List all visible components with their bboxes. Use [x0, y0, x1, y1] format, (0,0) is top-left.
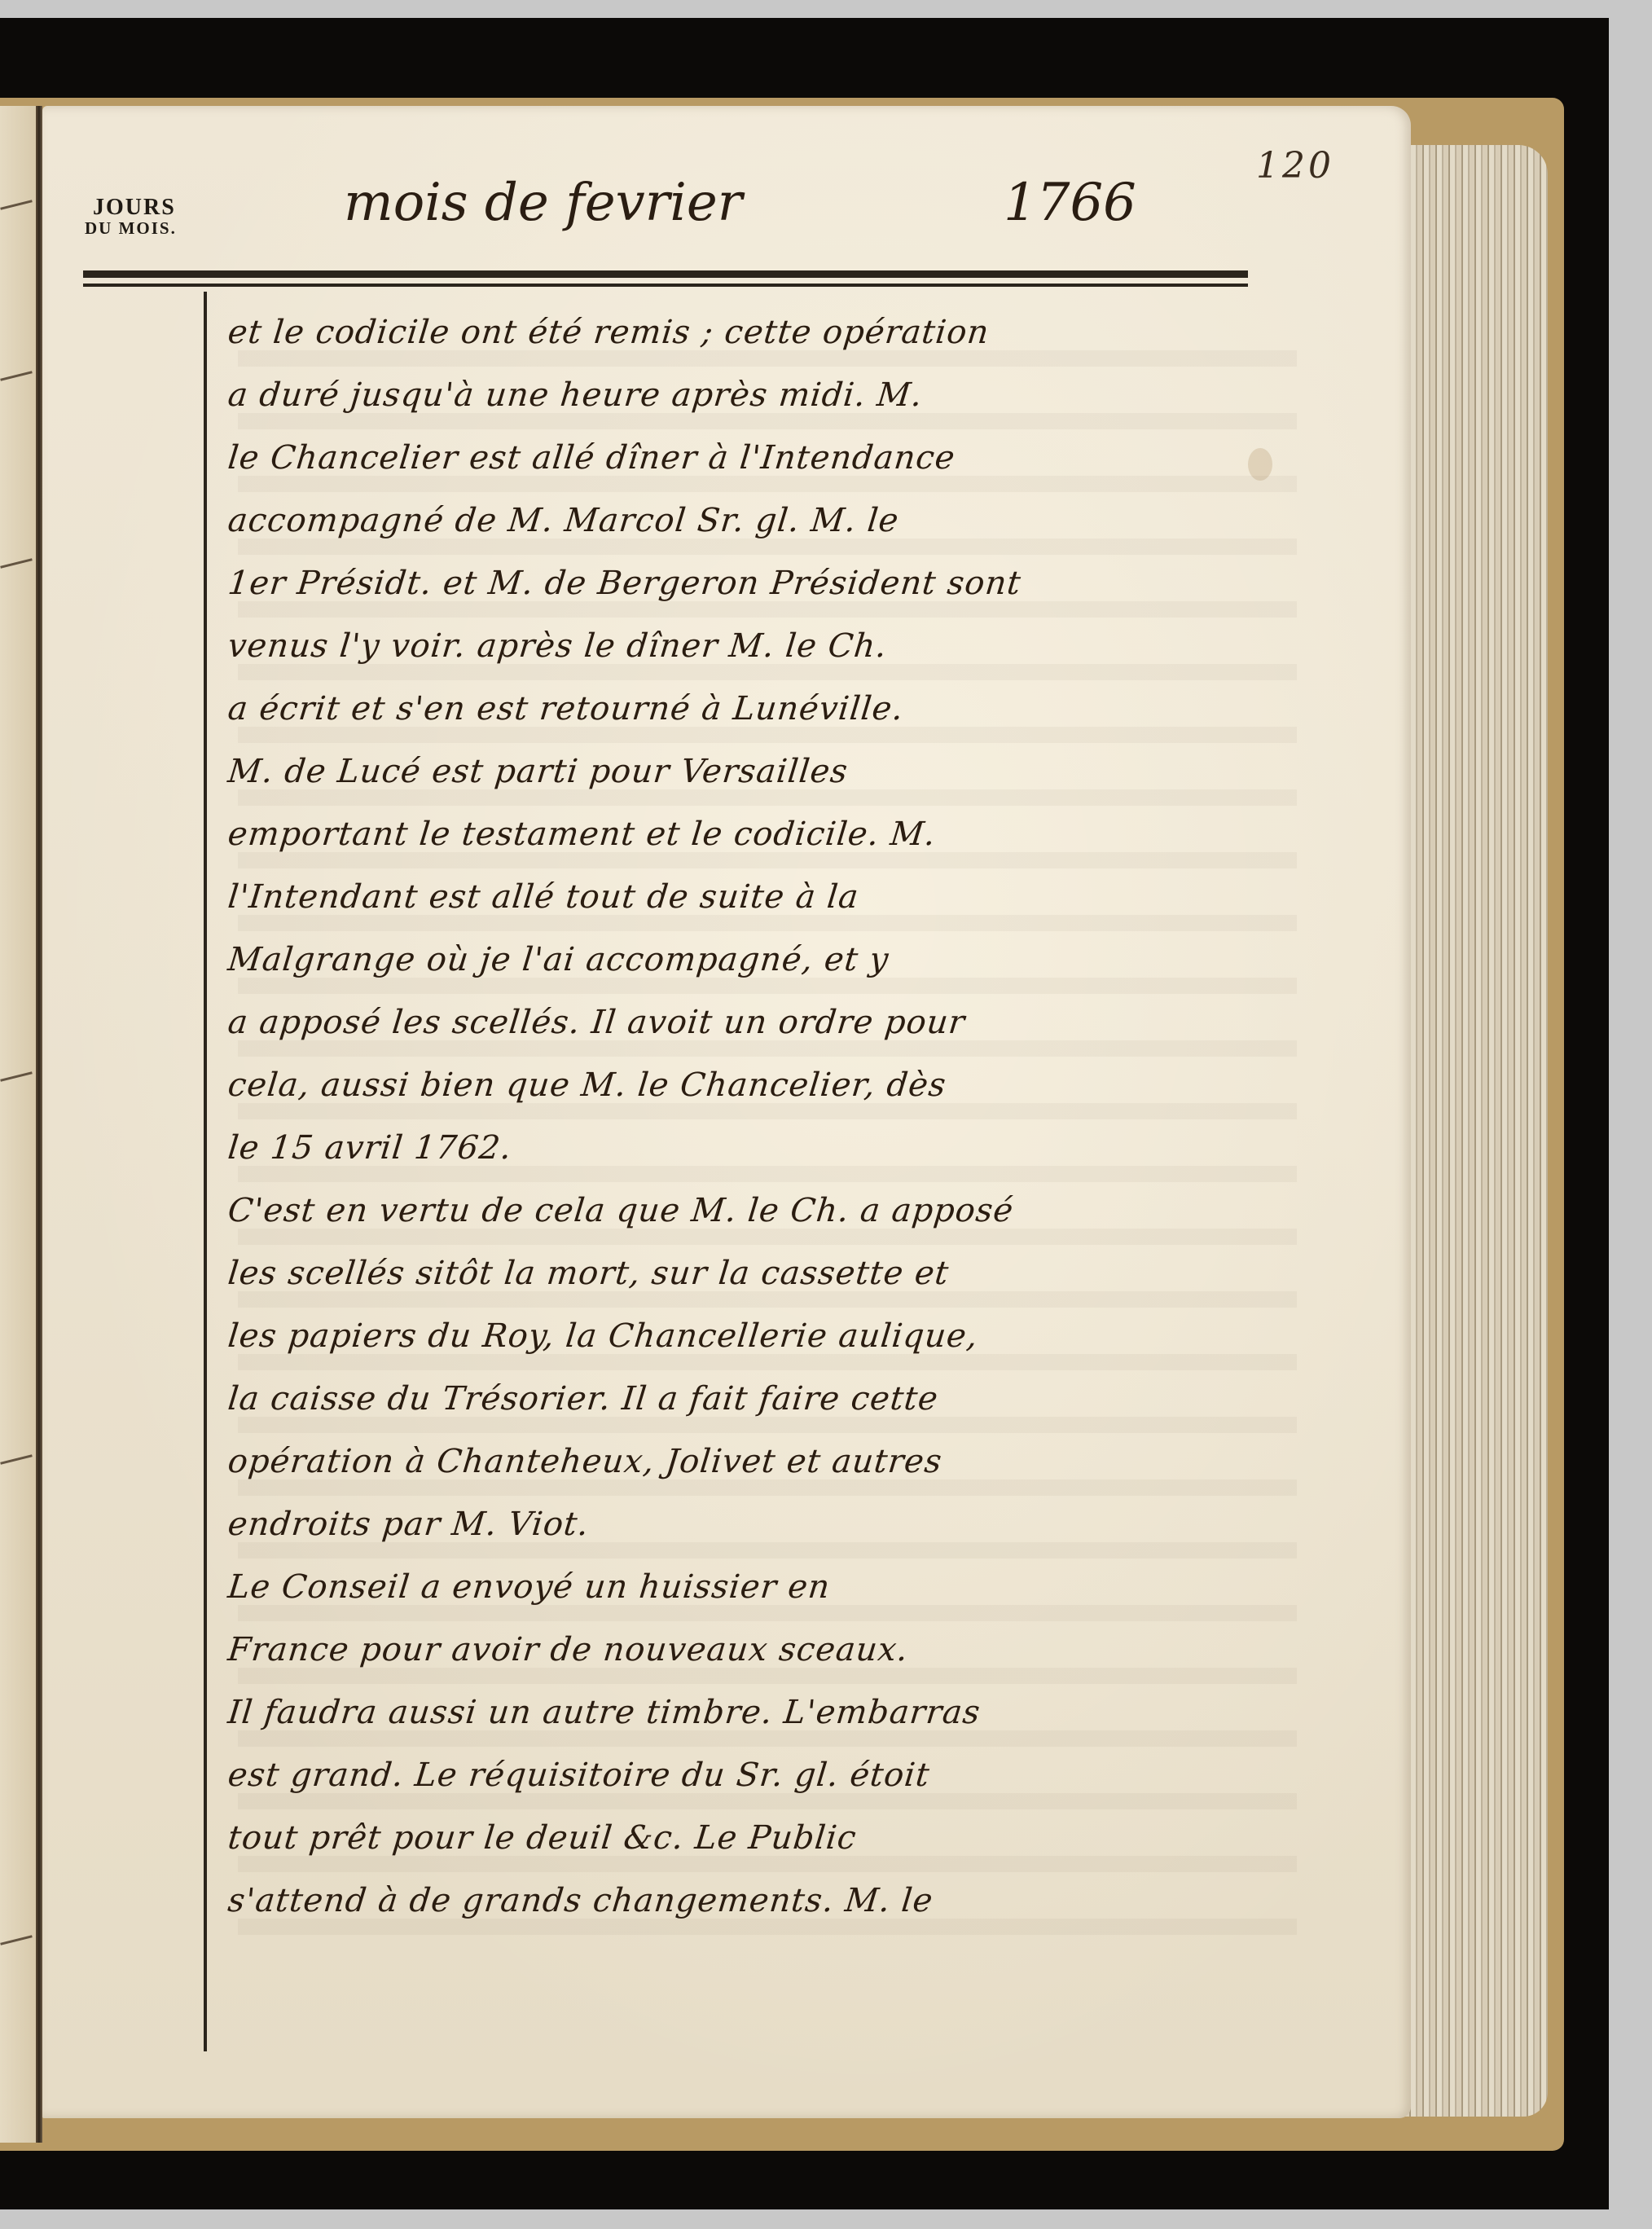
text-line: Le Conseil a envoyé un huissier en: [225, 1556, 1388, 1619]
text-line: cela, aussi bien que M. le Chancelier, d…: [225, 1054, 1388, 1117]
folio-number: 120: [1256, 145, 1334, 187]
text-line: 1er Présidt. et M. de Bergeron Président…: [225, 552, 1388, 615]
text-line: et le codicile ont été remis ; cette opé…: [225, 301, 1388, 364]
left-page-fragment: [0, 558, 33, 569]
text-line: venus l'y voir. après le dîner M. le Ch.: [225, 615, 1388, 678]
margin-rule: [204, 292, 207, 2051]
text-line: l'Intendant est allé tout de suite à la: [225, 866, 1388, 929]
text-line: a apposé les scellés. Il avoit un ordre …: [225, 991, 1388, 1054]
printed-header-jours: JOURS: [93, 196, 177, 219]
text-line: Il faudra aussi un autre timbre. L'embar…: [225, 1682, 1388, 1744]
header-rule-thin: [83, 284, 1248, 287]
text-line: la caisse du Trésorier. Il a fait faire …: [225, 1368, 1388, 1431]
text-line: opération à Chanteheux, Jolivet et autre…: [225, 1431, 1388, 1493]
manuscript-page: 120 JOURS DU MOIS. mois de fevrier 1766 …: [42, 106, 1411, 2118]
left-page-fragment: [0, 1454, 33, 1465]
left-page-fragment: [0, 200, 33, 210]
text-line: s'attend à de grands changements. M. le: [225, 1870, 1388, 1932]
text-line: le 15 avril 1762.: [225, 1117, 1388, 1180]
printed-header-du-mois: DU MOIS.: [85, 219, 177, 237]
text-line: accompagné de M. Marcol Sr. gl. M. le: [225, 490, 1388, 552]
left-page-edge: [0, 106, 37, 2143]
text-line: le Chancelier est allé dîner à l'Intenda…: [225, 427, 1388, 490]
text-line: les papiers du Roy, la Chancellerie auli…: [225, 1305, 1388, 1368]
text-line: Malgrange où je l'ai accompagné, et y: [225, 929, 1388, 991]
text-line: a écrit et s'en est retourné à Lunéville…: [225, 678, 1388, 741]
left-page-fragment: [0, 1071, 33, 1082]
manuscript-body: et le codicile ont été remis ; cette opé…: [228, 301, 1385, 1932]
text-line: est grand. Le réquisitoire du Sr. gl. ét…: [225, 1744, 1388, 1807]
text-line: les scellés sitôt la mort, sur la casset…: [225, 1242, 1388, 1305]
header-year: 1766: [1004, 173, 1136, 233]
printed-header: JOURS DU MOIS.: [85, 196, 177, 237]
book-gutter: [36, 106, 42, 2143]
text-line: C'est en vertu de cela que M. le Ch. a a…: [225, 1180, 1388, 1242]
left-page-fragment: [0, 371, 33, 381]
header-rule-thick: [83, 270, 1248, 278]
text-line: endroits par M. Viot.: [225, 1493, 1388, 1556]
text-line: tout prêt pour le deuil &c. Le Public: [225, 1807, 1388, 1870]
left-page-fragment: [0, 1935, 33, 1945]
header-month: mois de fevrier: [344, 173, 742, 233]
text-line: emportant le testament et le codicile. M…: [225, 803, 1388, 866]
text-line: France pour avoir de nouveaux sceaux.: [225, 1619, 1388, 1682]
text-line: a duré jusqu'à une heure après midi. M.: [225, 364, 1388, 427]
text-line: M. de Lucé est parti pour Versailles: [225, 741, 1388, 803]
